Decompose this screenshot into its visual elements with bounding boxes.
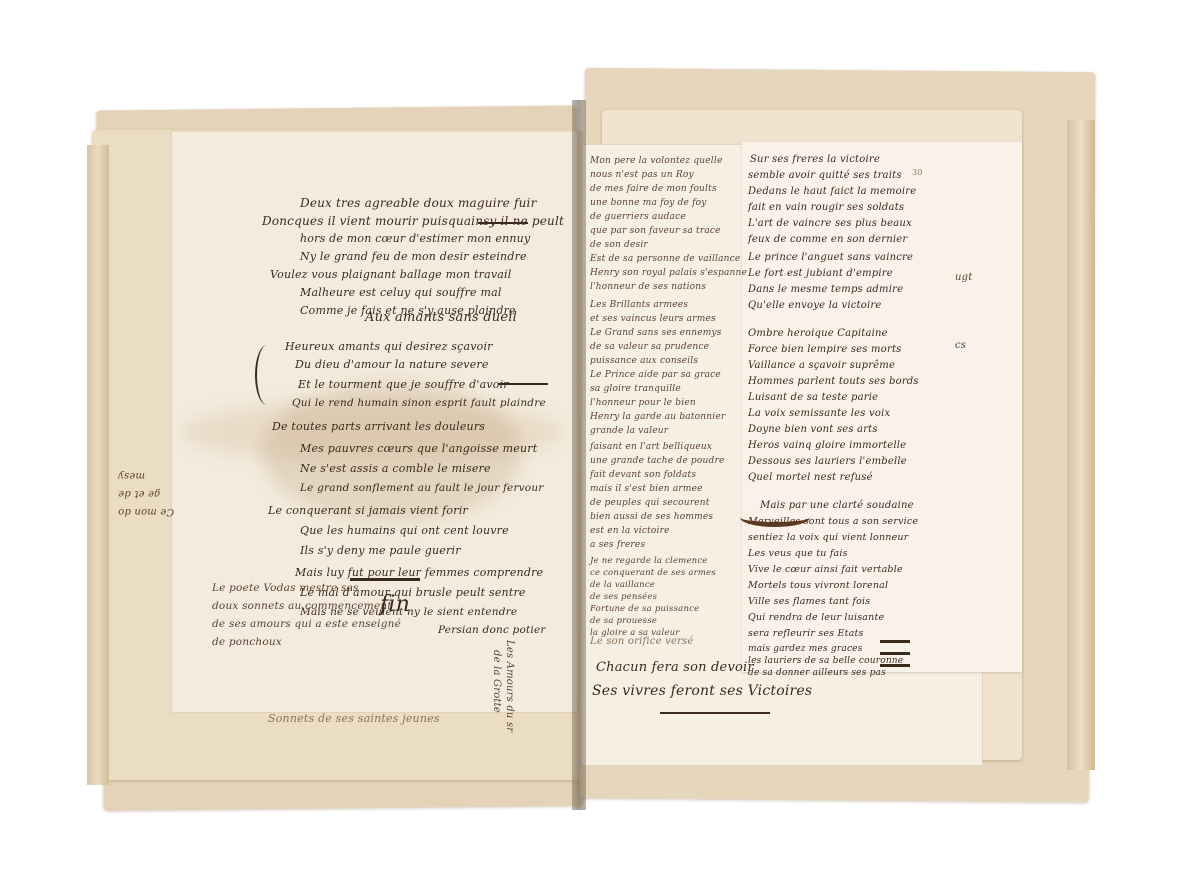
note-line: Le poete Vodas mestre ses <box>212 582 359 594</box>
prose-line: et ses vaincus leurs armes <box>590 314 716 324</box>
verse-line: La voix semissante les voix <box>748 408 890 419</box>
prose-line: de sa prouesse <box>590 616 657 626</box>
side-note: de la Grotte <box>491 650 502 713</box>
verse-line: Quel mortel nest refusé <box>748 472 873 483</box>
verse-line: Doyne bien vont ses arts <box>748 424 878 435</box>
prose-line: grande la valeur <box>590 426 668 436</box>
pen-flourish <box>880 664 910 667</box>
prose-line: est en la victoire <box>590 526 670 536</box>
verse-line: Que les humains qui ont cent louvre <box>300 524 509 537</box>
verse-line: Le conquerant si jamais vient forir <box>268 504 468 517</box>
verse-line: Doncques il vient mourir puisquainsy il … <box>262 214 564 228</box>
note-line: de ponchoux <box>212 636 282 648</box>
verse-line: Qui rendra de leur luisante <box>748 612 884 623</box>
ink-blot <box>740 508 810 527</box>
prose-line: nous n'est pas un Roy <box>590 170 694 180</box>
note-line: doux sonnets au commencement <box>212 600 392 612</box>
prose-line: de la vaillance <box>590 580 655 590</box>
prose-line: fait devant son foldats <box>590 470 696 480</box>
verse-line: Vive le cœur ainsi fait vertable <box>748 564 903 575</box>
edge-fragment: Ce mon do <box>118 506 174 517</box>
edge-fragment: ge et de <box>118 488 161 499</box>
book-spine <box>572 100 586 810</box>
prose-line: que par son faveur sa trace <box>590 226 721 236</box>
verse-line: L'art de vaincre ses plus beaux <box>748 218 912 229</box>
verse-line: hors de mon cœur d'estimer mon ennuy <box>300 232 530 245</box>
verse-line: feux de comme en son dernier <box>748 234 907 245</box>
prose-line: Les Brillants armees <box>590 300 688 310</box>
verse-line: Qu'elle envoye la victoire <box>748 300 882 311</box>
verse-line: Mortels tous vivront lorenal <box>748 580 888 591</box>
pen-flourish <box>498 383 548 385</box>
pen-flourish <box>478 222 528 224</box>
prose-line: ce conquerant de ses armes <box>590 568 716 578</box>
verse-line: Qui le rend humain sinon esprit fault pl… <box>292 397 546 409</box>
verse-line: Persian donc potier <box>438 624 546 636</box>
prose-line: mais il s'est bien armee <box>590 484 703 494</box>
verse-line: Heureux amants qui desirez sçavoir <box>285 340 493 353</box>
prose-line: Henry la garde au batonnier <box>590 412 725 422</box>
verse-line: Malheure est celuy qui souffre mal <box>300 286 502 299</box>
verse-line: Luisant de sa teste parie <box>748 392 878 403</box>
prose-line: Le son orifice versé <box>590 636 694 647</box>
page-number: 30 <box>912 168 923 177</box>
verse-line: Ne s'est assis a comble le misere <box>300 462 491 475</box>
verse-line: Mes pauvres cœurs que l'angoisse meurt <box>300 442 537 455</box>
verse-line: sentiez la voix qui vient lonneur <box>748 532 908 543</box>
verse-line: Ils s'y deny me paule guerir <box>300 544 461 557</box>
verse-line: Ombre heroique Capitaine <box>748 328 888 339</box>
prose-line: de son desir <box>590 240 648 250</box>
pen-flourish <box>350 578 420 581</box>
pen-flourish <box>880 640 910 643</box>
verse-line: Vaillance a sçavoir suprême <box>748 360 895 371</box>
verse-line: Le prince l'anguet sans vaincre <box>748 252 913 263</box>
prose-line: de ses pensées <box>590 592 657 602</box>
prose-line: Le Prince aide par sa grace <box>590 370 721 380</box>
verse-line: Deux tres agreable doux maguire fuir <box>300 196 537 210</box>
prose-line: Le Grand sans ses ennemys <box>590 328 722 338</box>
verse-line: Dans le mesme temps admire <box>748 284 903 295</box>
verse-line: De toutes parts arrivant les douleurs <box>272 420 485 433</box>
verse-line: sera refleurir ses Etats <box>748 628 864 639</box>
prose-line: de sa valeur sa prudence <box>590 342 709 352</box>
verse-line: semble avoir quitté ses traits <box>748 170 902 181</box>
closing-line: Chacun fera son devoir <box>596 660 754 675</box>
verse-line: Dedans le haut faict la memoire <box>748 186 916 197</box>
side-note: Les Amours du sr <box>504 640 515 732</box>
left-page-edges <box>87 145 109 785</box>
margin-mark: cs <box>955 340 966 351</box>
verse-line: fait en vain rougir ses soldats <box>748 202 904 213</box>
verse-line: Heros vainq gloire immortelle <box>748 440 906 451</box>
verse-line: Force bien lempire ses morts <box>748 344 902 355</box>
verse-line: Ny le grand feu de mon desir esteindre <box>300 250 527 263</box>
verse-line: Et le tourment que je souffre d'avoir <box>298 378 509 391</box>
prose-line: Henry son royal palais s'espanne <box>590 268 747 278</box>
verse-line: mais gardez mes graces <box>748 644 863 654</box>
signature-fin: fin <box>380 592 410 617</box>
large-initial-flourish <box>255 345 279 405</box>
prose-line: sa gloire tranquille <box>590 384 681 394</box>
pen-flourish <box>880 652 910 655</box>
prose-line: Est de sa personne de vaillance <box>590 254 740 264</box>
prose-line: une grande tache de poudre <box>590 456 724 466</box>
edge-fragment: mesy <box>118 470 145 481</box>
prose-line: de mes faire de mon foults <box>590 184 717 194</box>
closing-line: Ses vivres feront ses Victoires <box>592 683 812 699</box>
prose-line: faisant en l'art belliqueux <box>590 442 712 452</box>
verse-line: Le grand sonflement au fault le jour fer… <box>300 482 544 494</box>
pen-flourish <box>660 712 770 714</box>
verse-line: Ville ses flames tant fois <box>748 596 870 607</box>
prose-line: Je ne regarde la clemence <box>590 556 708 566</box>
prose-line: de peuples qui secourent <box>590 498 710 508</box>
verse-line: Le fort est jubiant d'empire <box>748 268 893 279</box>
verse-line: Les veus que tu fais <box>748 548 848 559</box>
note-line: de ses amours qui a este enseigné <box>212 618 401 630</box>
prose-line: puissance aux conseils <box>590 356 698 366</box>
verse-line: Hommes parlent touts ses bords <box>748 376 919 387</box>
verse-line: de sa donner ailleurs ses pas <box>748 668 886 678</box>
prose-line: de guerriers audace <box>590 212 686 222</box>
margin-mark: ugt <box>955 272 972 283</box>
verse-line: Sur ses freres la victoire <box>750 154 880 165</box>
verse-line: Voulez vous plaignant ballage mon travai… <box>270 268 511 281</box>
prose-line: Fortune de sa puissance <box>590 604 699 614</box>
prose-line: a ses freres <box>590 540 645 550</box>
verse-line: Dessous ses lauriers l'embelle <box>748 456 907 467</box>
right-page-edges <box>1067 120 1095 770</box>
prose-line: une bonne ma foy de foy <box>590 198 707 208</box>
prose-line: Mon pere la volontez quelle <box>590 156 722 166</box>
prose-line: l'honneur de ses nations <box>590 282 706 292</box>
prose-line: l'honneur pour le bien <box>590 398 696 408</box>
prose-line: bien aussi de ses hommes <box>590 512 713 522</box>
bottom-note: Sonnets de ses saintes jeunes <box>268 712 440 725</box>
section-heading: Aux amants sans dueil <box>365 310 517 325</box>
verse-line: Du dieu d'amour la nature severe <box>295 358 489 371</box>
